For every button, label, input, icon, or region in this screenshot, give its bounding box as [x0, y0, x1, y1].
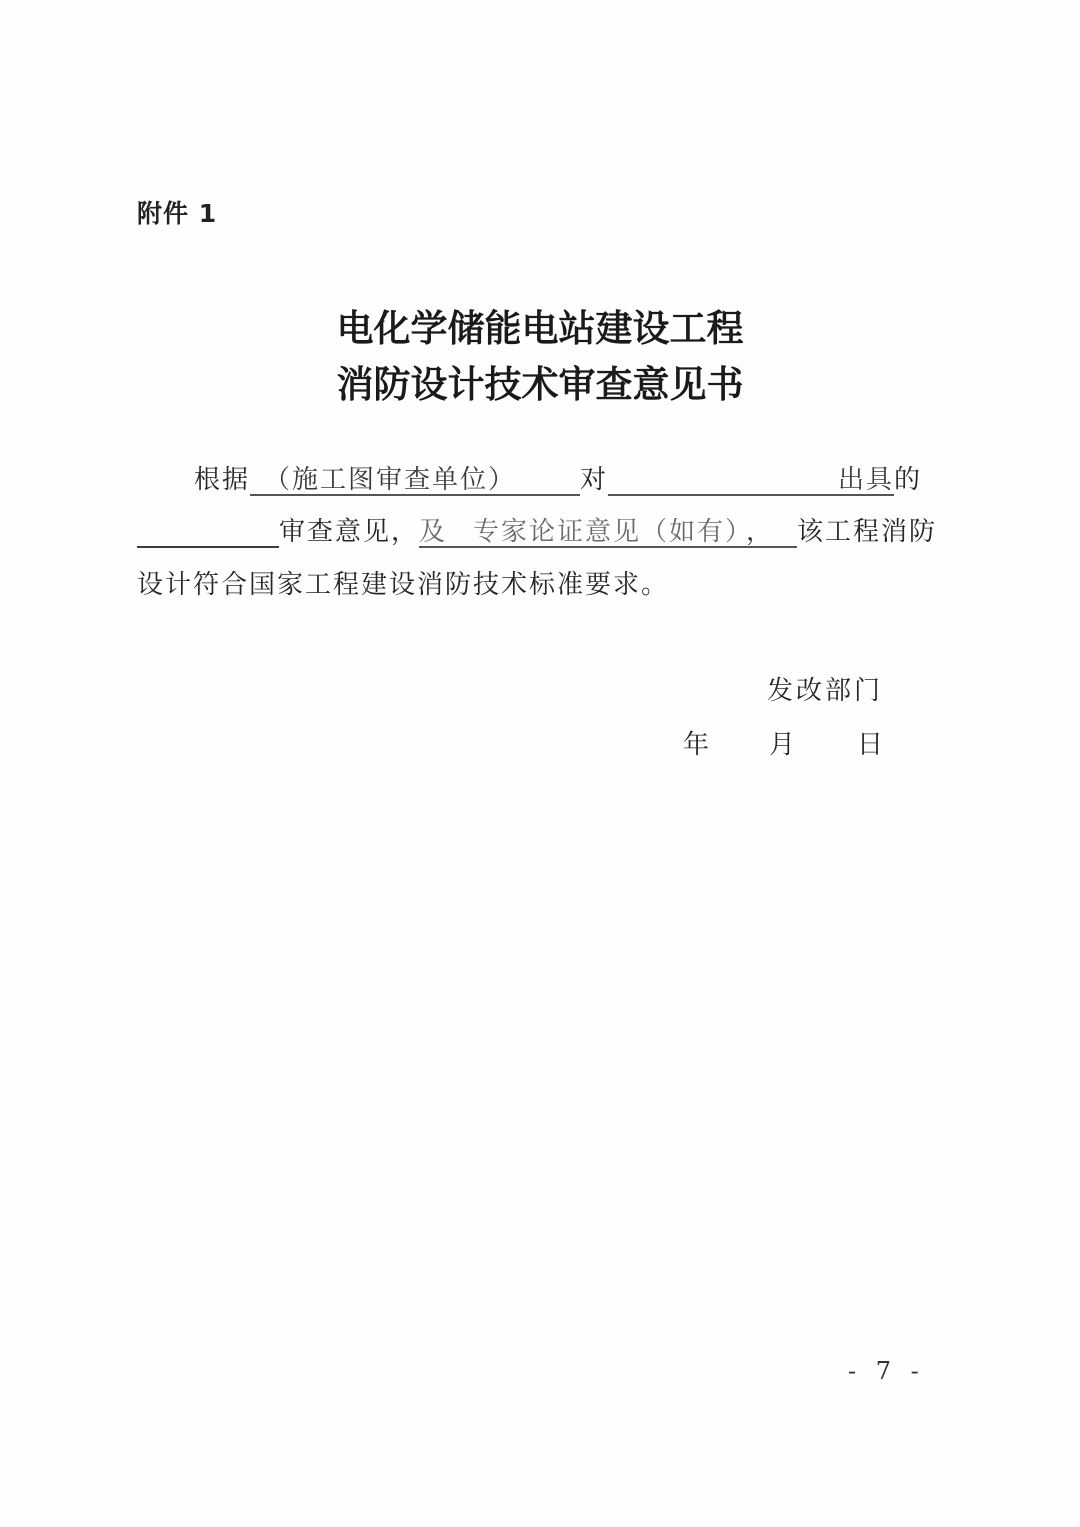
- expert-opinion-field[interactable]: 及专家论证意见（如有），: [419, 512, 797, 548]
- attachment-label: 附件 1: [137, 194, 217, 230]
- signing-department: 发改部门: [767, 670, 883, 707]
- opinion-type-field[interactable]: [137, 512, 279, 548]
- text-to: 对: [580, 465, 608, 495]
- text-project-fire: 该工程消防: [797, 517, 937, 547]
- project-field[interactable]: 出具: [608, 460, 894, 496]
- title-line-1: 电化学储能电站建设工程: [0, 300, 1080, 356]
- text-comma: ，: [746, 517, 774, 547]
- date-year-label: 年: [683, 724, 709, 761]
- date-month-label: 月: [769, 724, 795, 761]
- page-number: - 7 -: [848, 1357, 925, 1385]
- text-of: 的: [894, 465, 922, 495]
- body-paragraph: 根据（施工图审查单位）对出具的 审查意见，及专家论证意见（如有），该工程消防 设…: [137, 460, 942, 610]
- title-line-2: 消防设计技术审查意见书: [0, 356, 1080, 412]
- text-according-to: 根据: [194, 465, 250, 495]
- text-and: 及: [419, 517, 447, 547]
- document-page: 附件 1 电化学储能电站建设工程 消防设计技术审查意见书 根据（施工图审查单位）…: [0, 0, 1080, 1527]
- paragraph-line-1: 根据（施工图审查单位）对出具的: [194, 460, 922, 500]
- text-review-opinion: 审查意见，: [279, 517, 419, 547]
- paragraph-line-3: 设计符合国家工程建设消防技术标准要求。: [137, 565, 669, 605]
- expert-opinion-value: 专家论证意见（如有）: [473, 517, 740, 547]
- review-unit-value: （施工图审查单位）: [264, 465, 516, 495]
- review-unit-field[interactable]: （施工图审查单位）: [250, 460, 580, 496]
- issued-text: 出具: [838, 465, 894, 495]
- document-title: 电化学储能电站建设工程 消防设计技术审查意见书: [0, 300, 1080, 412]
- paragraph-line-2: 审查意见，及专家论证意见（如有），该工程消防: [137, 512, 937, 552]
- date-day-label: 日: [857, 724, 883, 761]
